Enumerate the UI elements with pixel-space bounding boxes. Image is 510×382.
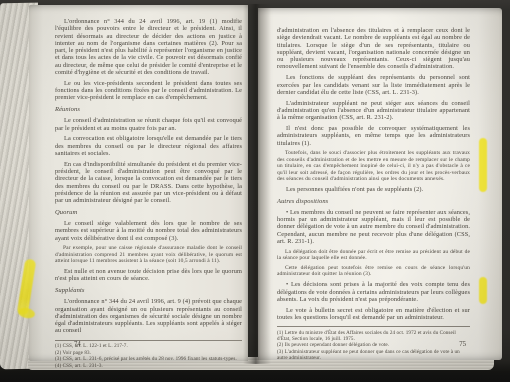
section-heading-autres-dispositions: Autres dispositions [277,198,470,206]
paragraph: La convocation est obligatoire lorsqu'el… [55,135,242,157]
paragraph: Le vote à bulletin secret est obligatoir… [277,307,470,322]
paragraph: d'administration en l'absence des titula… [277,27,470,71]
note-paragraph: La délégation doit être donnée par écrit… [277,249,470,262]
left-page: L'ordonnance n° 344 du 24 avril 1996, ar… [29,5,248,361]
book-photo: L'ordonnance n° 344 du 24 avril 1996, ar… [0,0,510,382]
bullet-paragraph: • Les membres du conseil ne peuvent se f… [277,209,470,245]
footnotes: (1) Lettre du ministre d'État des Affair… [277,326,470,361]
paragraph: Le conseil d'administration se réunit ch… [55,117,242,132]
example-paragraph: Par exemple, pour une caisse régionale d… [55,245,242,264]
paragraph: Le conseil siège valablement dès lors qu… [55,220,242,242]
footnote: (3) CSS, art. L. 231-6, précisé par les … [55,356,242,362]
footnote: (3) L'administrateur suppléant ne peut d… [277,349,470,361]
section-heading-quorum: Quorum [55,209,242,217]
paragraph: Est nulle et non avenue toute décision p… [55,268,242,283]
left-page-text-column: L'ordonnance n° 344 du 24 avril 1996, ar… [55,18,242,369]
footnote: (2) Ils peuvent cependant donner délégat… [277,342,470,348]
paragraph: En cas d'indisponibilité simultanée du p… [55,161,242,205]
paragraph: Le ou les vice-présidents secondent le p… [55,80,242,102]
right-page: d'administration en l'absence des titula… [258,8,502,360]
paragraph: Il n'est donc pas possible de convoquer … [277,125,470,147]
footnote: (2) Voir page 83. [55,350,242,356]
paragraph: L'ordonnance n° 344 du 24 avril 1996, ar… [55,298,242,334]
paragraph: Les fonctions de suppléant des représent… [277,74,470,96]
right-page-text-column: d'administration en l'absence des titula… [277,27,470,361]
paragraph: L'administrateur suppléant ne peut siége… [277,100,470,122]
page-number: 75 [459,341,466,348]
bullet-paragraph: • Les décisions sont prises à la majorit… [277,281,470,303]
section-heading-suppleants: Suppléants [55,287,242,295]
footnote: (1) CSS, art. L. 122-1 et L. 217-7. [55,343,242,349]
footnote: (1) Lettre du ministre d'État des Affair… [277,330,470,342]
section-heading-reunions: Réunions [55,106,242,114]
page-number: 74 [74,341,81,348]
footnotes: (1) CSS, art. L. 122-1 et L. 217-7. (2) … [55,340,242,369]
footnote: (4) CSS, art. L. 231-3. [55,363,242,369]
paragraph: Les personnes qualifiées n'ont pas de su… [277,186,470,193]
note-paragraph: Cette délégation peut toutefois être rem… [277,265,470,278]
note-paragraph: Toutefois, dans le souci d'associer plus… [277,150,470,182]
paragraph: L'ordonnance n° 344 du 24 avril 1996, ar… [55,18,242,76]
